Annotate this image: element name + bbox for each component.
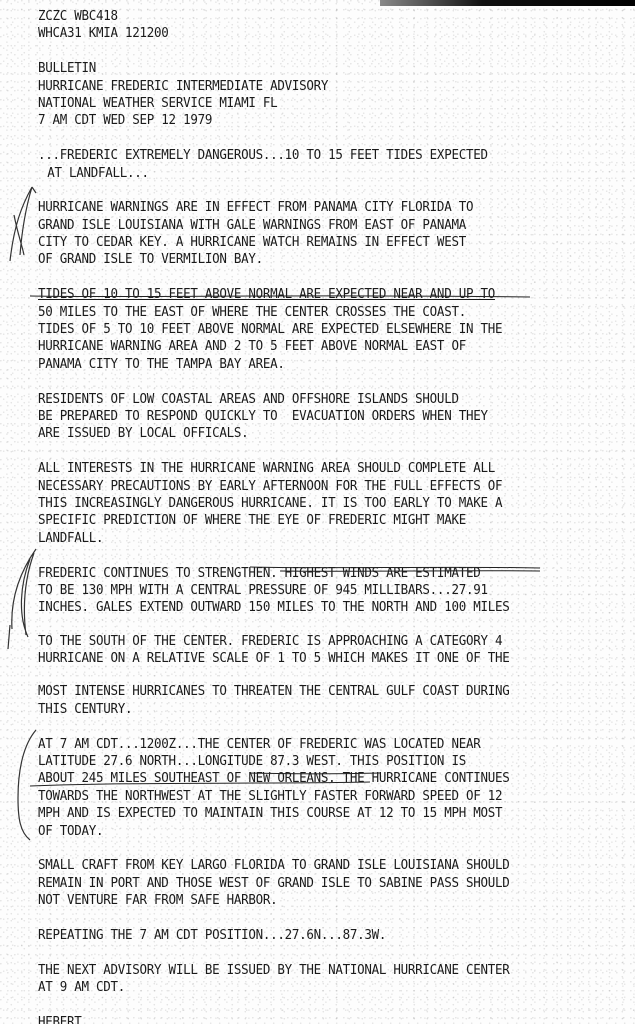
text-line: TO THE SOUTH OF THE CENTER. FREDERIC IS … xyxy=(38,633,572,650)
text-line: LATITUDE 27.6 NORTH...LONGITUDE 87.3 WES… xyxy=(38,753,572,770)
text-line: MPH AND IS EXPECTED TO MAINTAIN THIS COU… xyxy=(38,805,572,822)
scan-edge-bar xyxy=(380,0,635,6)
paragraph-next-advisory: THE NEXT ADVISORY WILL BE ISSUED BY THE … xyxy=(38,962,618,997)
paragraph-interests: ALL INTERESTS IN THE HURRICANE WARNING A… xyxy=(38,460,618,547)
text-line: ALL INTERESTS IN THE HURRICANE WARNING A… xyxy=(38,460,572,477)
text-line: ARE ISSUED BY LOCAL OFFICALS. xyxy=(38,425,572,442)
text-line: OF GRAND ISLE TO VERMILION BAY. xyxy=(38,251,572,268)
paragraph-strength: FREDERIC CONTINUES TO STRENGTHEN. HIGHES… xyxy=(38,565,618,719)
header-block: ZCZC WBC418 WHCA31 KMIA 121200 BULLETIN … xyxy=(38,8,618,130)
text-line: BE PREPARED TO RESPOND QUICKLY TO EVACUA… xyxy=(38,408,572,425)
paragraph-position: AT 7 AM CDT...1200Z...THE CENTER OF FRED… xyxy=(38,736,618,840)
text-line: RESIDENTS OF LOW COASTAL AREAS AND OFFSH… xyxy=(38,391,572,408)
paragraph-tides: TIDES OF 10 TO 15 FEET ABOVE NORMAL ARE … xyxy=(38,286,618,373)
paragraph-warnings: HURRICANE WARNINGS ARE IN EFFECT FROM PA… xyxy=(38,199,618,269)
wmo-header: WHCA31 KMIA 121200 xyxy=(38,25,572,42)
text-line: TO BE 130 MPH WITH A CENTRAL PRESSURE OF… xyxy=(38,582,572,599)
paragraph-residents: RESIDENTS OF LOW COASTAL AREAS AND OFFSH… xyxy=(38,391,618,443)
text-line: SMALL CRAFT FROM KEY LARGO FLORIDA TO GR… xyxy=(38,857,572,874)
text-line: 50 MILES TO THE EAST OF WHERE THE CENTER… xyxy=(38,304,572,321)
text-line: NECESSARY PRECAUTIONS BY EARLY AFTERNOON… xyxy=(38,478,572,495)
issue-datetime: 7 AM CDT WED SEP 12 1979 xyxy=(38,112,572,129)
text-line: REPEATING THE 7 AM CDT POSITION...27.6N.… xyxy=(38,927,572,944)
paragraph-repeat-position: REPEATING THE 7 AM CDT POSITION...27.6N.… xyxy=(38,927,618,944)
text-line: THIS INCREASINGLY DANGEROUS HURRICANE. I… xyxy=(38,495,572,512)
text-line: SPECIFIC PREDICTION OF WHERE THE EYE OF … xyxy=(38,512,572,529)
transmission-code: ZCZC WBC418 xyxy=(38,8,572,25)
text-line: THE NEXT ADVISORY WILL BE ISSUED BY THE … xyxy=(38,962,572,979)
text-line: HURRICANE WARNING AREA AND 2 TO 5 FEET A… xyxy=(38,338,572,355)
text-line: OF TODAY. xyxy=(38,823,572,840)
bulletin-label: BULLETIN xyxy=(38,60,572,77)
text-line: INCHES. GALES EXTEND OUTWARD 150 MILES T… xyxy=(38,599,572,616)
teletype-advisory: ZCZC WBC418 WHCA31 KMIA 121200 BULLETIN … xyxy=(38,8,618,1024)
text-line: LANDFALL. xyxy=(38,530,572,547)
text-line: MOST INTENSE HURRICANES TO THREATEN THE … xyxy=(38,683,572,700)
headline-line: ...FREDERIC EXTREMELY DANGEROUS...10 TO … xyxy=(38,147,572,164)
text-line: THIS CENTURY. xyxy=(38,701,572,718)
text-line: TIDES OF 5 TO 10 FEET ABOVE NORMAL ARE E… xyxy=(38,321,572,338)
handwritten-bracket-strength-icon xyxy=(0,545,40,655)
text-line: PANAMA CITY TO THE TAMPA BAY AREA. xyxy=(38,356,572,373)
text-line: AT 9 AM CDT. xyxy=(38,979,572,996)
issuing-office: NATIONAL WEATHER SERVICE MIAMI FL xyxy=(38,95,572,112)
handwritten-bracket-position-icon xyxy=(10,728,40,848)
text-line: ABOUT 245 MILES SOUTHEAST OF NEW ORLEANS… xyxy=(38,770,572,787)
forecaster-signature: HEBERT xyxy=(38,1014,572,1024)
paragraph-small-craft: SMALL CRAFT FROM KEY LARGO FLORIDA TO GR… xyxy=(38,857,618,909)
text-line: TOWARDS THE NORTHWEST AT THE SLIGHTLY FA… xyxy=(38,788,572,805)
advisory-title: HURRICANE FREDERIC INTERMEDIATE ADVISORY xyxy=(38,78,572,95)
text-line-underlined: TIDES OF 10 TO 15 FEET ABOVE NORMAL ARE … xyxy=(38,286,572,303)
text-line: CITY TO CEDAR KEY. A HURRICANE WATCH REM… xyxy=(38,234,572,251)
text-line: HURRICANE WARNINGS ARE IN EFFECT FROM PA… xyxy=(38,199,572,216)
text-line: GRAND ISLE LOUISIANA WITH GALE WARNINGS … xyxy=(38,217,572,234)
text-line: REMAIN IN PORT AND THOSE WEST OF GRAND I… xyxy=(38,875,572,892)
handwritten-bracket-warnings-icon xyxy=(0,185,40,265)
headline-line: AT LANDFALL... xyxy=(38,165,572,182)
text-line: AT 7 AM CDT...1200Z...THE CENTER OF FRED… xyxy=(38,736,572,753)
text-line: NOT VENTURE FAR FROM SAFE HARBOR. xyxy=(38,892,572,909)
text-line: FREDERIC CONTINUES TO STRENGTHEN. HIGHES… xyxy=(38,565,572,582)
headline: ...FREDERIC EXTREMELY DANGEROUS...10 TO … xyxy=(38,147,618,182)
text-line: HURRICANE ON A RELATIVE SCALE OF 1 TO 5 … xyxy=(38,650,572,667)
